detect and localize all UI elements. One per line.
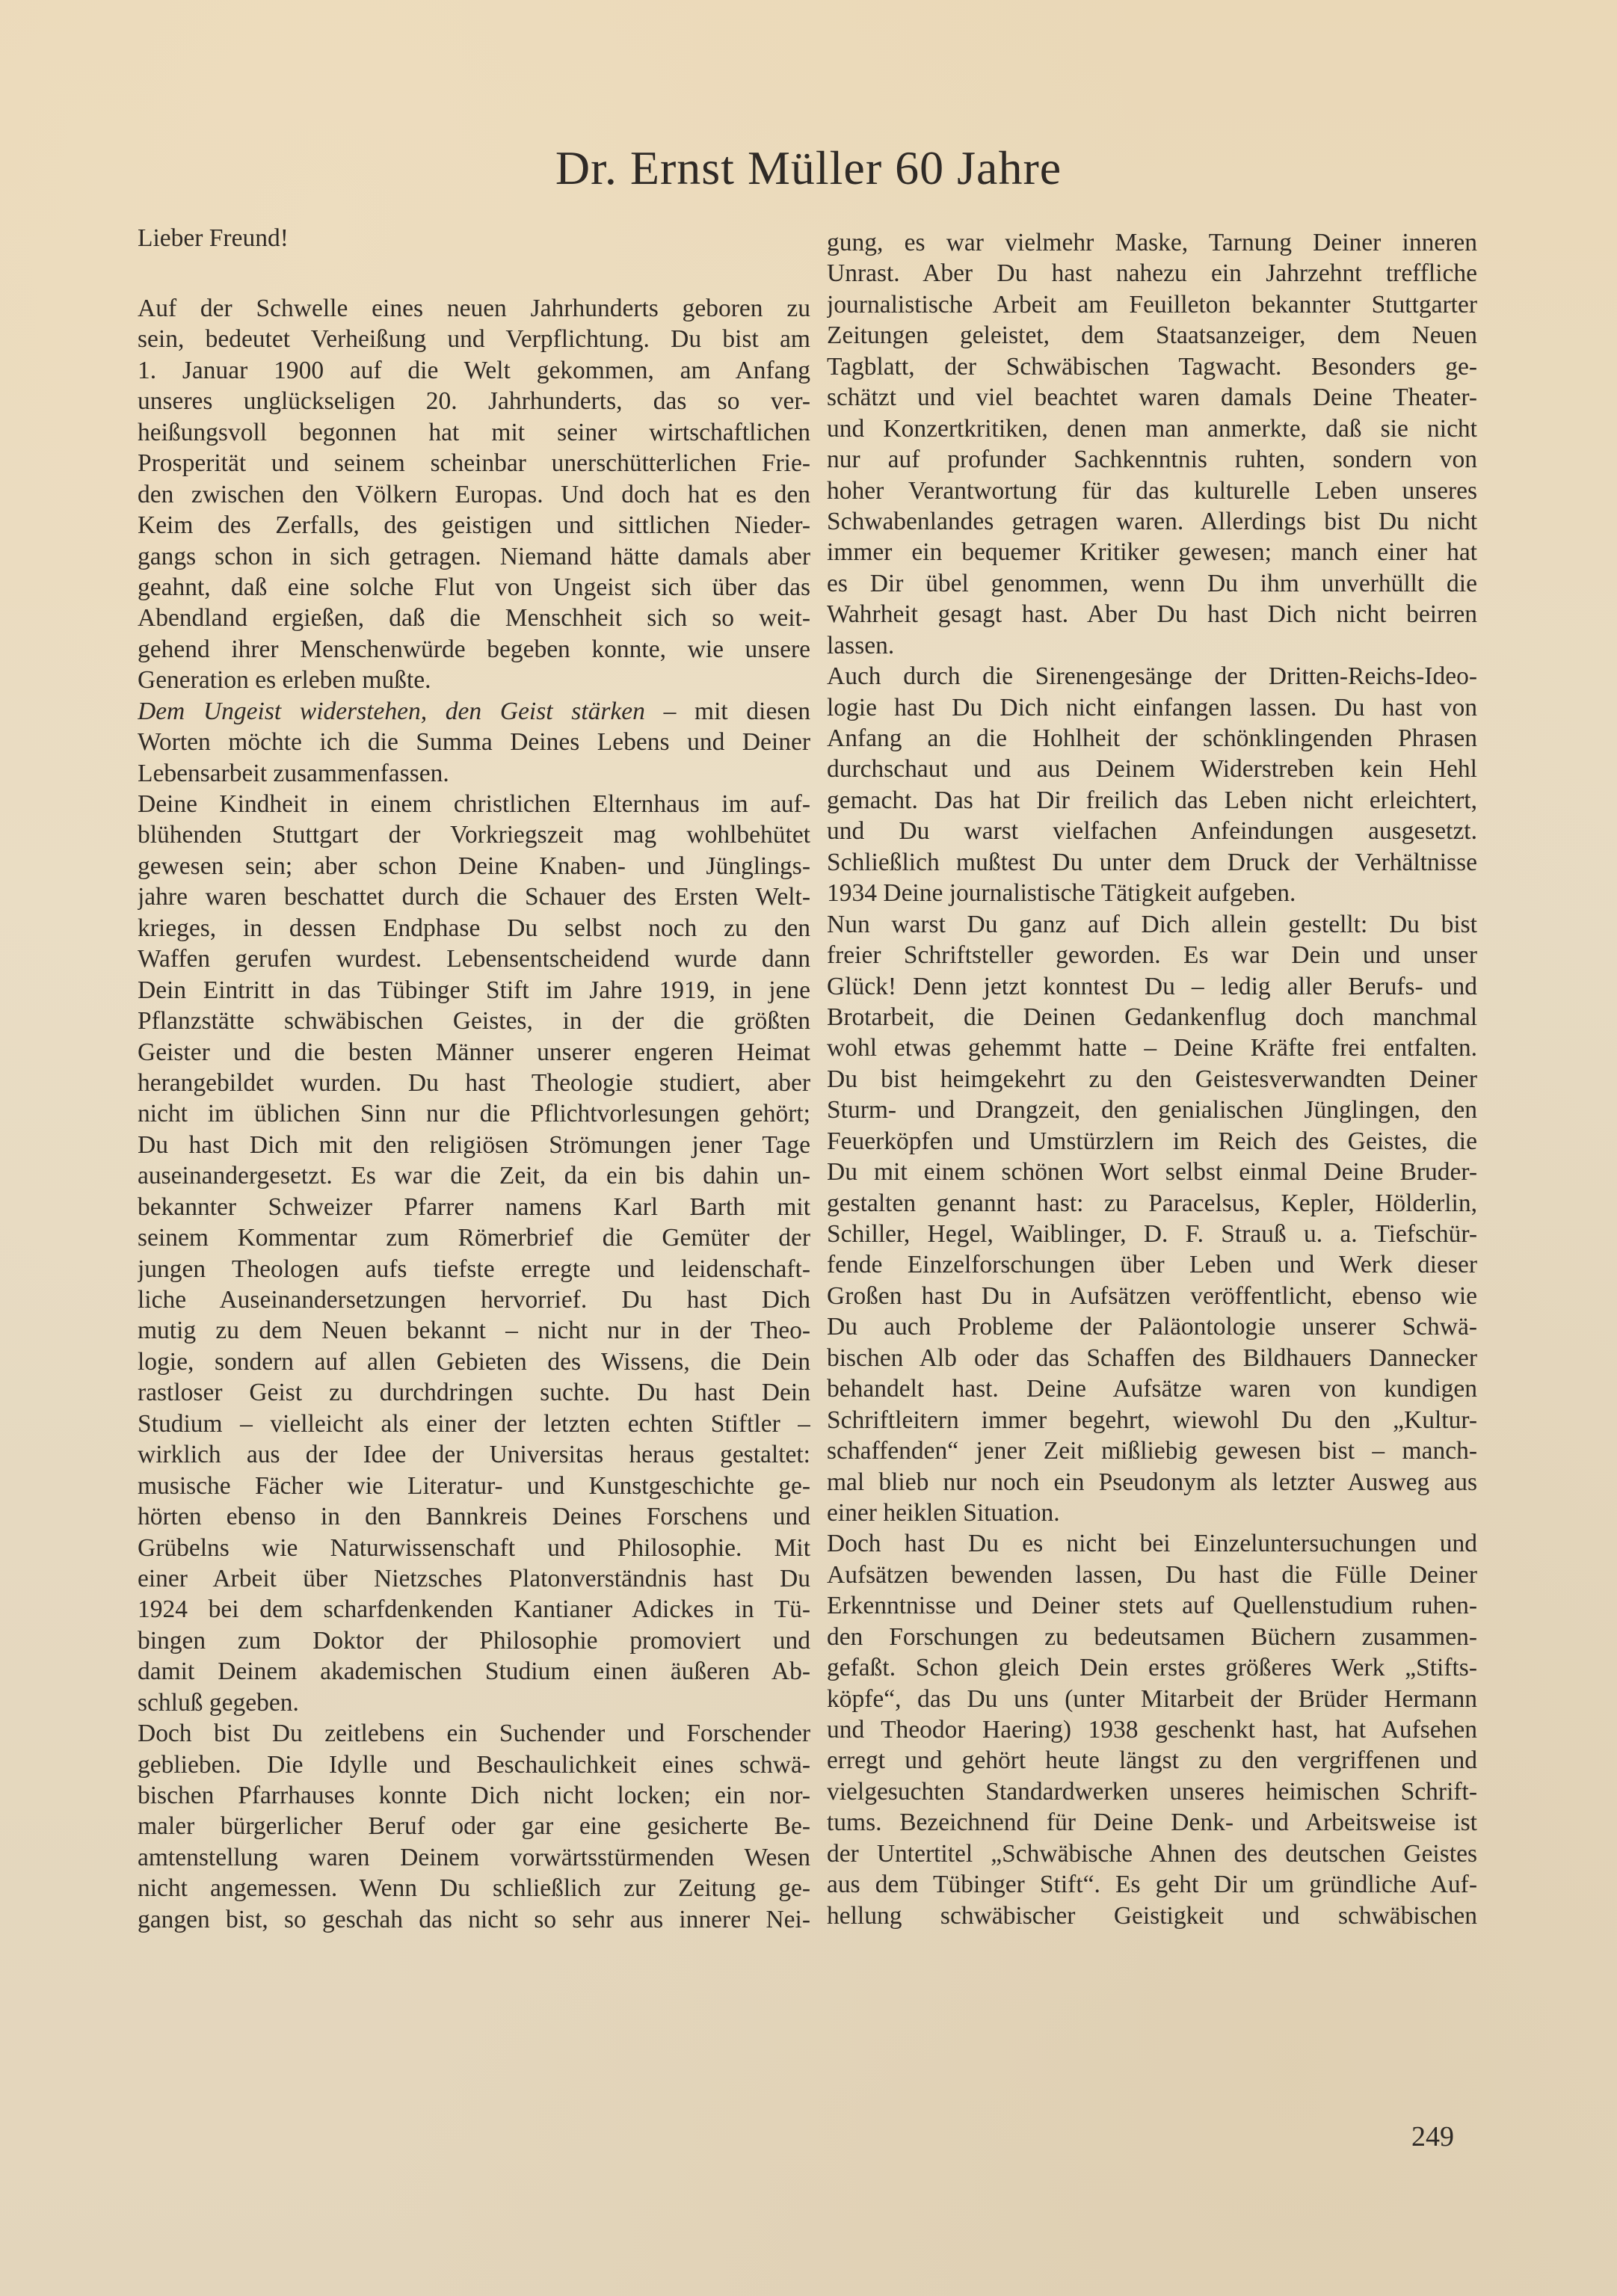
- text-line: Pflanzstätte schwäbischen Geistes, in de…: [138, 1006, 810, 1036]
- text-line: nicht angemessen. Wenn Du schließlich zu…: [138, 1873, 810, 1903]
- text-line: mal blieb nur noch ein Pseudonym als let…: [827, 1467, 1477, 1498]
- text-line: Wahrheit gesagt hast. Aber Du hast Dich …: [827, 599, 1477, 630]
- text-line: nur auf profunder Sachkenntnis ruhten, s…: [827, 444, 1477, 475]
- text-line: jungen Theologen aufs tiefste erregte un…: [138, 1254, 810, 1284]
- text-line: logie, sondern auf allen Gebieten des Wi…: [138, 1346, 810, 1377]
- text-line: bischen Alb oder das Schaffen des Bildha…: [827, 1343, 1477, 1373]
- text-line: Schriftleitern immer begehrt, wiewohl Du…: [827, 1405, 1477, 1435]
- text-line: Deine Kindheit in einem christlichen Elt…: [138, 789, 810, 819]
- text-line: 1934 Deine journalistische Tätigkeit auf…: [827, 878, 1477, 908]
- text-line: Erkenntnisse und Deiner stets auf Quelle…: [827, 1590, 1477, 1621]
- text-line: Aufsätzen bewenden lassen, Du hast die F…: [827, 1560, 1477, 1590]
- text-line: freier Schriftsteller geworden. Es war D…: [827, 940, 1477, 970]
- text-line: Großen hast Du in Aufsätzen veröffentlic…: [827, 1281, 1477, 1311]
- text-line: behandelt hast. Deine Aufsätze waren von…: [827, 1373, 1477, 1404]
- text-line: herangebildet wurden. Du hast Theologie …: [138, 1068, 810, 1098]
- text-line: lassen.: [827, 630, 1477, 661]
- text-line: krieges, in dessen Endphase Du selbst no…: [138, 913, 810, 944]
- text-line: Waffen gerufen wurdest. Lebensentscheide…: [138, 944, 810, 974]
- text-line: vielgesuchten Standardwerken unseres hei…: [827, 1776, 1477, 1807]
- text-line: und Du warst vielfachen Anfeindungen aus…: [827, 816, 1477, 846]
- text-line: 1. Januar 1900 auf die Welt gekommen, am…: [138, 355, 810, 386]
- text-line: Prosperität und seinem scheinbar unersch…: [138, 448, 810, 478]
- text-line: Auch durch die Sirenengesänge der Dritte…: [827, 661, 1477, 692]
- text-line: Du auch Probleme der Paläontologie unser…: [827, 1311, 1477, 1342]
- text-line: bischen Pfarrhauses konnte Dich nicht lo…: [138, 1780, 810, 1811]
- text-line: Abendland ergießen, daß die Menschheit s…: [138, 603, 810, 633]
- text-line: Glück! Denn jetzt konntest Du – ledig al…: [827, 971, 1477, 1002]
- text-line: Schließlich mußtest Du unter dem Druck d…: [827, 847, 1477, 878]
- left-column: Auf der Schwelle eines neuen Jahrhundert…: [138, 293, 810, 1935]
- text-line: Doch hast Du es nicht bei Einzeluntersuc…: [827, 1528, 1477, 1559]
- text-line: gangs schon in sich getragen. Niemand hä…: [138, 541, 810, 572]
- text-line: geblieben. Die Idylle und Beschaulichkei…: [138, 1749, 810, 1780]
- text-line: schluß gegeben.: [138, 1687, 810, 1718]
- text-line: Du bist heimgekehrt zu den Geistesverwan…: [827, 1064, 1477, 1095]
- text-line: Grübelns wie Naturwissenschaft und Philo…: [138, 1533, 810, 1563]
- text-line: hörten ebenso in den Bannkreis Deines Fo…: [138, 1501, 810, 1532]
- text-line: Schwabenlandes getragen waren. Allerding…: [827, 506, 1477, 537]
- text-line: gestalten genannt hast: zu Paracelsus, K…: [827, 1188, 1477, 1219]
- text-line: Generation es erleben mußte.: [138, 665, 810, 695]
- text-line: damit Deinem akademischen Studium einen …: [138, 1656, 810, 1687]
- text-line: geahnt, daß eine solche Flut von Ungeist…: [138, 572, 810, 603]
- text-line: gewesen sein; aber schon Deine Knaben- u…: [138, 851, 810, 881]
- text-line: Brotarbeit, die Deinen Gedankenflug doch…: [827, 1002, 1477, 1032]
- page-title: Dr. Ernst Müller 60 Jahre: [0, 141, 1617, 196]
- text-line: einer heiklen Situation.: [827, 1498, 1477, 1528]
- text-line: Zeitungen geleistet, dem Staatsanzeiger,…: [827, 320, 1477, 351]
- text-line: immer ein bequemer Kritiker gewesen; man…: [827, 537, 1477, 567]
- text-line: und Konzertkritiken, denen man anmerkte,…: [827, 413, 1477, 444]
- text-line: den zwischen den Völkern Europas. Und do…: [138, 479, 810, 510]
- text-line: Unrast. Aber Du hast nahezu ein Jahrzehn…: [827, 258, 1477, 289]
- text-line: mutig zu dem Neuen bekannt – nicht nur i…: [138, 1315, 810, 1346]
- text-line: den Forschungen zu bedeutsamen Büchern z…: [827, 1622, 1477, 1652]
- text-line: Anfang an die Hohlheit der schönklingend…: [827, 723, 1477, 754]
- text-line: Schiller, Hegel, Waiblinger, D. F. Strau…: [827, 1219, 1477, 1249]
- text-line: wohl etwas gehemmt hatte – Deine Kräfte …: [827, 1032, 1477, 1063]
- text-line: Keim des Zerfalls, des geistigen und sit…: [138, 510, 810, 541]
- text-line: musische Fächer wie Literatur- und Kunst…: [138, 1471, 810, 1501]
- text-line: Feuerköpfen und Umstürzlern im Reich des…: [827, 1126, 1477, 1157]
- text-line: tums. Bezeichnend für Deine Denk- und Ar…: [827, 1807, 1477, 1838]
- text-line: schätzt und viel beachtet waren damals D…: [827, 382, 1477, 413]
- text-line: liche Auseinandersetzungen hervorrief. D…: [138, 1284, 810, 1315]
- text-line: heißungsvoll begonnen hat mit seiner wir…: [138, 417, 810, 448]
- text-line: einer Arbeit über Nietzsches Platonverst…: [138, 1563, 810, 1594]
- text-line: es Dir übel genommen, wenn Du ihm unverh…: [827, 568, 1477, 599]
- text-line: gung, es war vielmehr Maske, Tarnung Dei…: [827, 227, 1477, 258]
- text-line: Doch bist Du zeitlebens ein Suchender un…: [138, 1718, 810, 1749]
- text-line: aus dem Tübinger Stift“. Es geht Dir um …: [827, 1869, 1477, 1900]
- text-line: Sturm- und Drangzeit, den genialischen J…: [827, 1095, 1477, 1125]
- text-line: gangen bist, so geschah das nicht so seh…: [138, 1904, 810, 1935]
- text-line: maler bürgerlicher Beruf oder gar eine g…: [138, 1811, 810, 1841]
- text-line: bekannter Schweizer Pfarrer namens Karl …: [138, 1192, 810, 1222]
- text-line: seinem Kommentar zum Römerbrief die Gemü…: [138, 1222, 810, 1253]
- text-line: hoher Verantwortung für das kulturelle L…: [827, 475, 1477, 506]
- text-line: Auf der Schwelle eines neuen Jahrhundert…: [138, 293, 810, 324]
- text-line: Lebensarbeit zusammenfassen.: [138, 758, 810, 789]
- text-line: Du hast Dich mit den religiösen Strömung…: [138, 1130, 810, 1160]
- text-line: wirklich aus der Idee der Universitas he…: [138, 1439, 810, 1470]
- text-line: Worten möchte ich die Summa Deines Leben…: [138, 727, 810, 757]
- text-line: hellung schwäbischer Geistigkeit und sch…: [827, 1900, 1477, 1931]
- text-line: durchschaut und aus Deinem Widerstreben …: [827, 754, 1477, 784]
- text-line: amtenstellung waren Deinem vorwärtsstürm…: [138, 1842, 810, 1873]
- text-line: erregt und gehört heute längst zu den ve…: [827, 1745, 1477, 1776]
- text-line: blühenden Stuttgart der Vorkriegszeit ma…: [138, 819, 810, 850]
- text-line: gemacht. Das hat Dir freilich das Leben …: [827, 785, 1477, 816]
- text-line: gehend ihrer Menschenwürde begeben konnt…: [138, 634, 810, 665]
- text-line: auseinandergesetzt. Es war die Zeit, da …: [138, 1160, 810, 1191]
- text-line: Nun warst Du ganz auf Dich allein gestel…: [827, 909, 1477, 940]
- text-line: logie hast Du Dich nicht einfangen lasse…: [827, 692, 1477, 723]
- text-line: Studium – vielleicht als einer der letzt…: [138, 1409, 810, 1439]
- text-line: Dein Eintritt in das Tübinger Stift im J…: [138, 975, 810, 1006]
- text-line: schaffenden“ jener Zeit mißliebig gewese…: [827, 1435, 1477, 1466]
- text-line: rastloser Geist zu durchdringen suchte. …: [138, 1377, 810, 1408]
- text-line: sein, bedeutet Verheißung und Verpflicht…: [138, 324, 810, 354]
- text-line: köpfe“, das Du uns (unter Mitarbeit der …: [827, 1684, 1477, 1714]
- salutation: Lieber Freund!: [138, 223, 289, 253]
- right-column: gung, es war vielmehr Maske, Tarnung Dei…: [827, 227, 1477, 1931]
- text-line: Dem Ungeist widerstehen, den Geist stärk…: [138, 696, 810, 727]
- text-line: Geister und die besten Männer unserer en…: [138, 1037, 810, 1068]
- text-line: der Untertitel „Schwäbische Ahnen des de…: [827, 1838, 1477, 1869]
- text-line: fende Einzelforschungen über Leben und W…: [827, 1249, 1477, 1280]
- text-line: 1924 bei dem scharfdenkenden Kantianer A…: [138, 1594, 810, 1625]
- text-line: nicht im üblichen Sinn nur die Pflichtvo…: [138, 1098, 810, 1129]
- italic-emphasis: Dem Ungeist widerstehen, den Geist stärk…: [138, 698, 645, 725]
- text-line: journalistische Arbeit am Feuilleton bek…: [827, 289, 1477, 320]
- text-line: Du mit einem schönen Wort selbst einmal …: [827, 1157, 1477, 1187]
- text-line: und Theodor Haering) 1938 geschenkt hast…: [827, 1714, 1477, 1745]
- text-line: unseres unglückseligen 20. Jahrhunderts,…: [138, 386, 810, 416]
- text-line: jahre waren beschattet durch die Schauer…: [138, 881, 810, 912]
- text-line: Tagblatt, der Schwäbischen Tagwacht. Bes…: [827, 351, 1477, 382]
- text-line: gefaßt. Schon gleich Dein erstes größere…: [827, 1652, 1477, 1683]
- page-number: 249: [1411, 2120, 1454, 2153]
- text-line: bingen zum Doktor der Philosophie promov…: [138, 1625, 810, 1656]
